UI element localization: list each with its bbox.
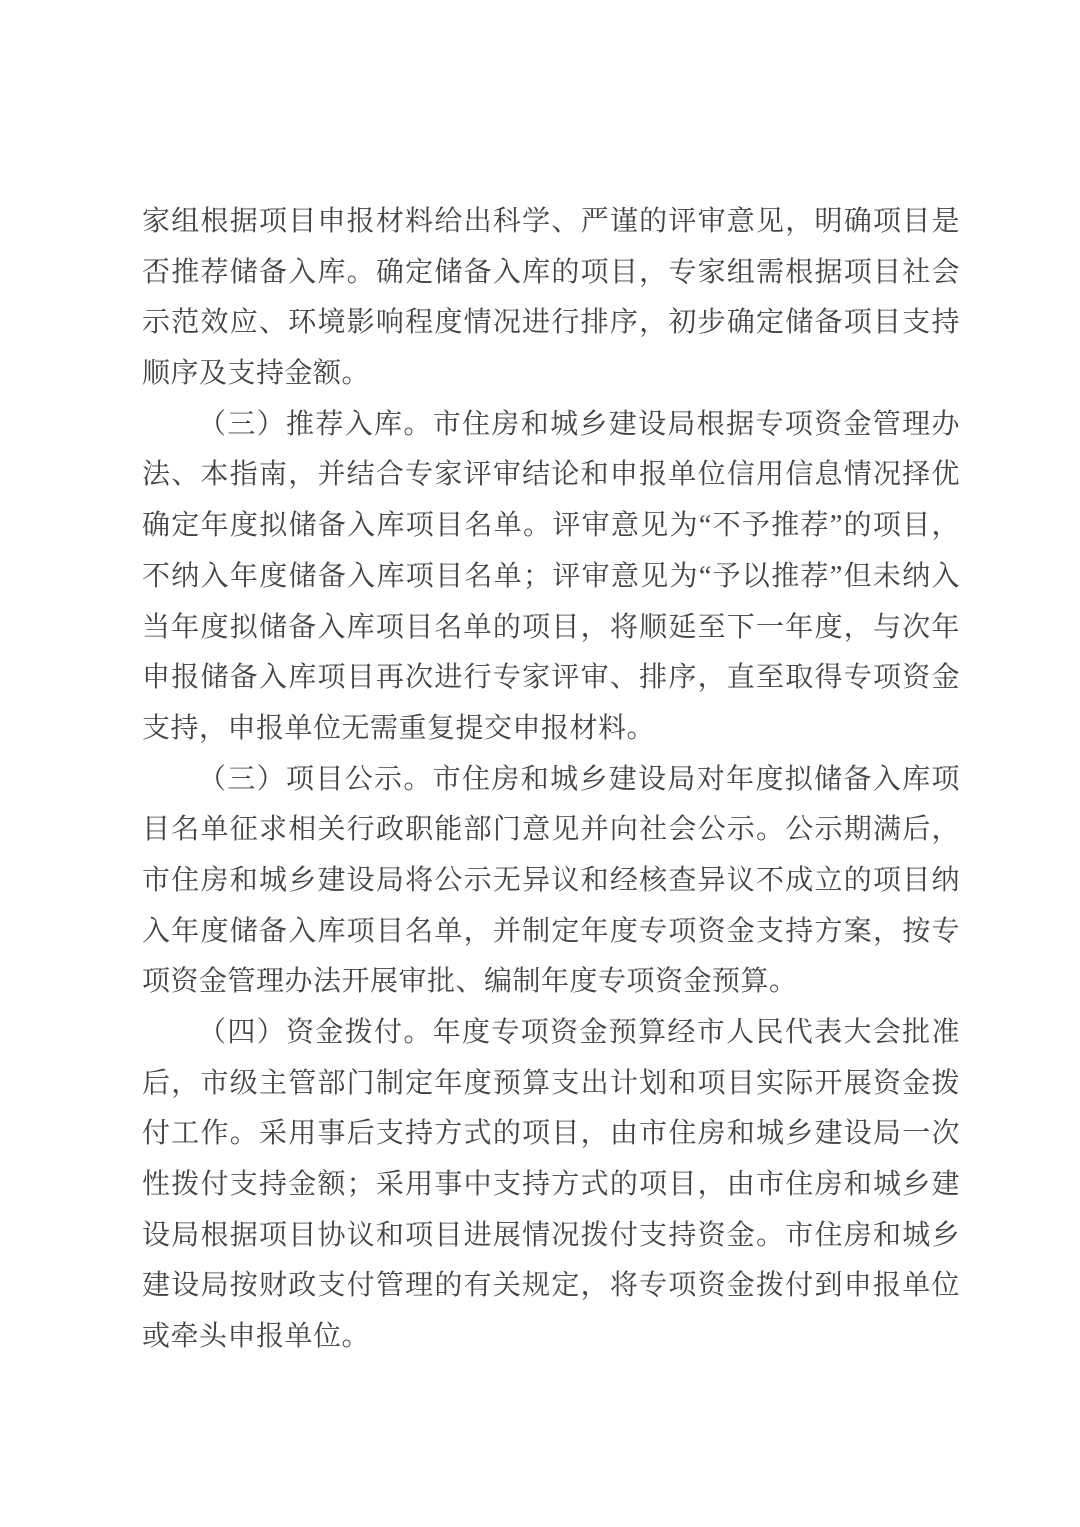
text-line: 家组根据项目申报材料给出科学、严谨的评审意见，明确项目是	[142, 197, 960, 248]
paragraph: （三）推荐入库。市住房和城乡建设局根据专项资金管理办 法、本指南，并结合专家评审…	[142, 400, 960, 755]
text-line: 支持，申报单位无需重复提交申报材料。	[142, 704, 960, 755]
text-line: 顺序及支持金额。	[142, 349, 960, 400]
text-line: 示范效应、环境影响程度情况进行排序，初步确定储备项目支持	[142, 298, 960, 349]
text-line: 入年度储备入库项目名单，并制定年度专项资金支持方案，按专	[142, 907, 960, 958]
text-line: 目名单征求相关行政职能部门意见并向社会公示。公示期满后，	[142, 805, 960, 856]
paragraph: 家组根据项目申报材料给出科学、严谨的评审意见，明确项目是 否推荐储备入库。确定储…	[142, 197, 960, 400]
text-line: 建设局按财政支付管理的有关规定，将专项资金拨付到申报单位	[142, 1261, 960, 1312]
text-line: 确定年度拟储备入库项目名单。评审意见为“不予推荐”的项目，	[142, 501, 960, 552]
text-line: （三）项目公示。市住房和城乡建设局对年度拟储备入库项	[142, 755, 960, 806]
document-page: 家组根据项目申报材料给出科学、严谨的评审意见，明确项目是 否推荐储备入库。确定储…	[0, 0, 1080, 1527]
text-line: 项资金管理办法开展审批、编制年度专项资金预算。	[142, 957, 960, 1008]
text-line: 或牵头申报单位。	[142, 1312, 960, 1363]
text-line: （三）推荐入库。市住房和城乡建设局根据专项资金管理办	[142, 400, 960, 451]
text-line: 否推荐储备入库。确定储备入库的项目，专家组需根据项目社会	[142, 248, 960, 299]
text-line: 后，市级主管部门制定年度预算支出计划和项目实际开展资金拨	[142, 1059, 960, 1110]
text-line: 付工作。采用事后支持方式的项目，由市住房和城乡建设局一次	[142, 1109, 960, 1160]
text-line: 不纳入年度储备入库项目名单；评审意见为“予以推荐”但未纳入	[142, 552, 960, 603]
text-block: 家组根据项目申报材料给出科学、严谨的评审意见，明确项目是 否推荐储备入库。确定储…	[142, 197, 960, 1363]
paragraph: （四）资金拨付。年度专项资金预算经市人民代表大会批准 后，市级主管部门制定年度预…	[142, 1008, 960, 1363]
text-line: 性拨付支持金额；采用事中支持方式的项目，由市住房和城乡建	[142, 1160, 960, 1211]
text-line: 市住房和城乡建设局将公示无异议和经核查异议不成立的项目纳	[142, 856, 960, 907]
text-line: 法、本指南，并结合专家评审结论和申报单位信用信息情况择优	[142, 450, 960, 501]
text-line: （四）资金拨付。年度专项资金预算经市人民代表大会批准	[142, 1008, 960, 1059]
text-line: 申报储备入库项目再次进行专家评审、排序，直至取得专项资金	[142, 653, 960, 704]
paragraph: （三）项目公示。市住房和城乡建设局对年度拟储备入库项 目名单征求相关行政职能部门…	[142, 755, 960, 1008]
text-line: 设局根据项目协议和项目进展情况拨付支持资金。市住房和城乡	[142, 1211, 960, 1262]
text-line: 当年度拟储备入库项目名单的项目，将顺延至下一年度，与次年	[142, 603, 960, 654]
